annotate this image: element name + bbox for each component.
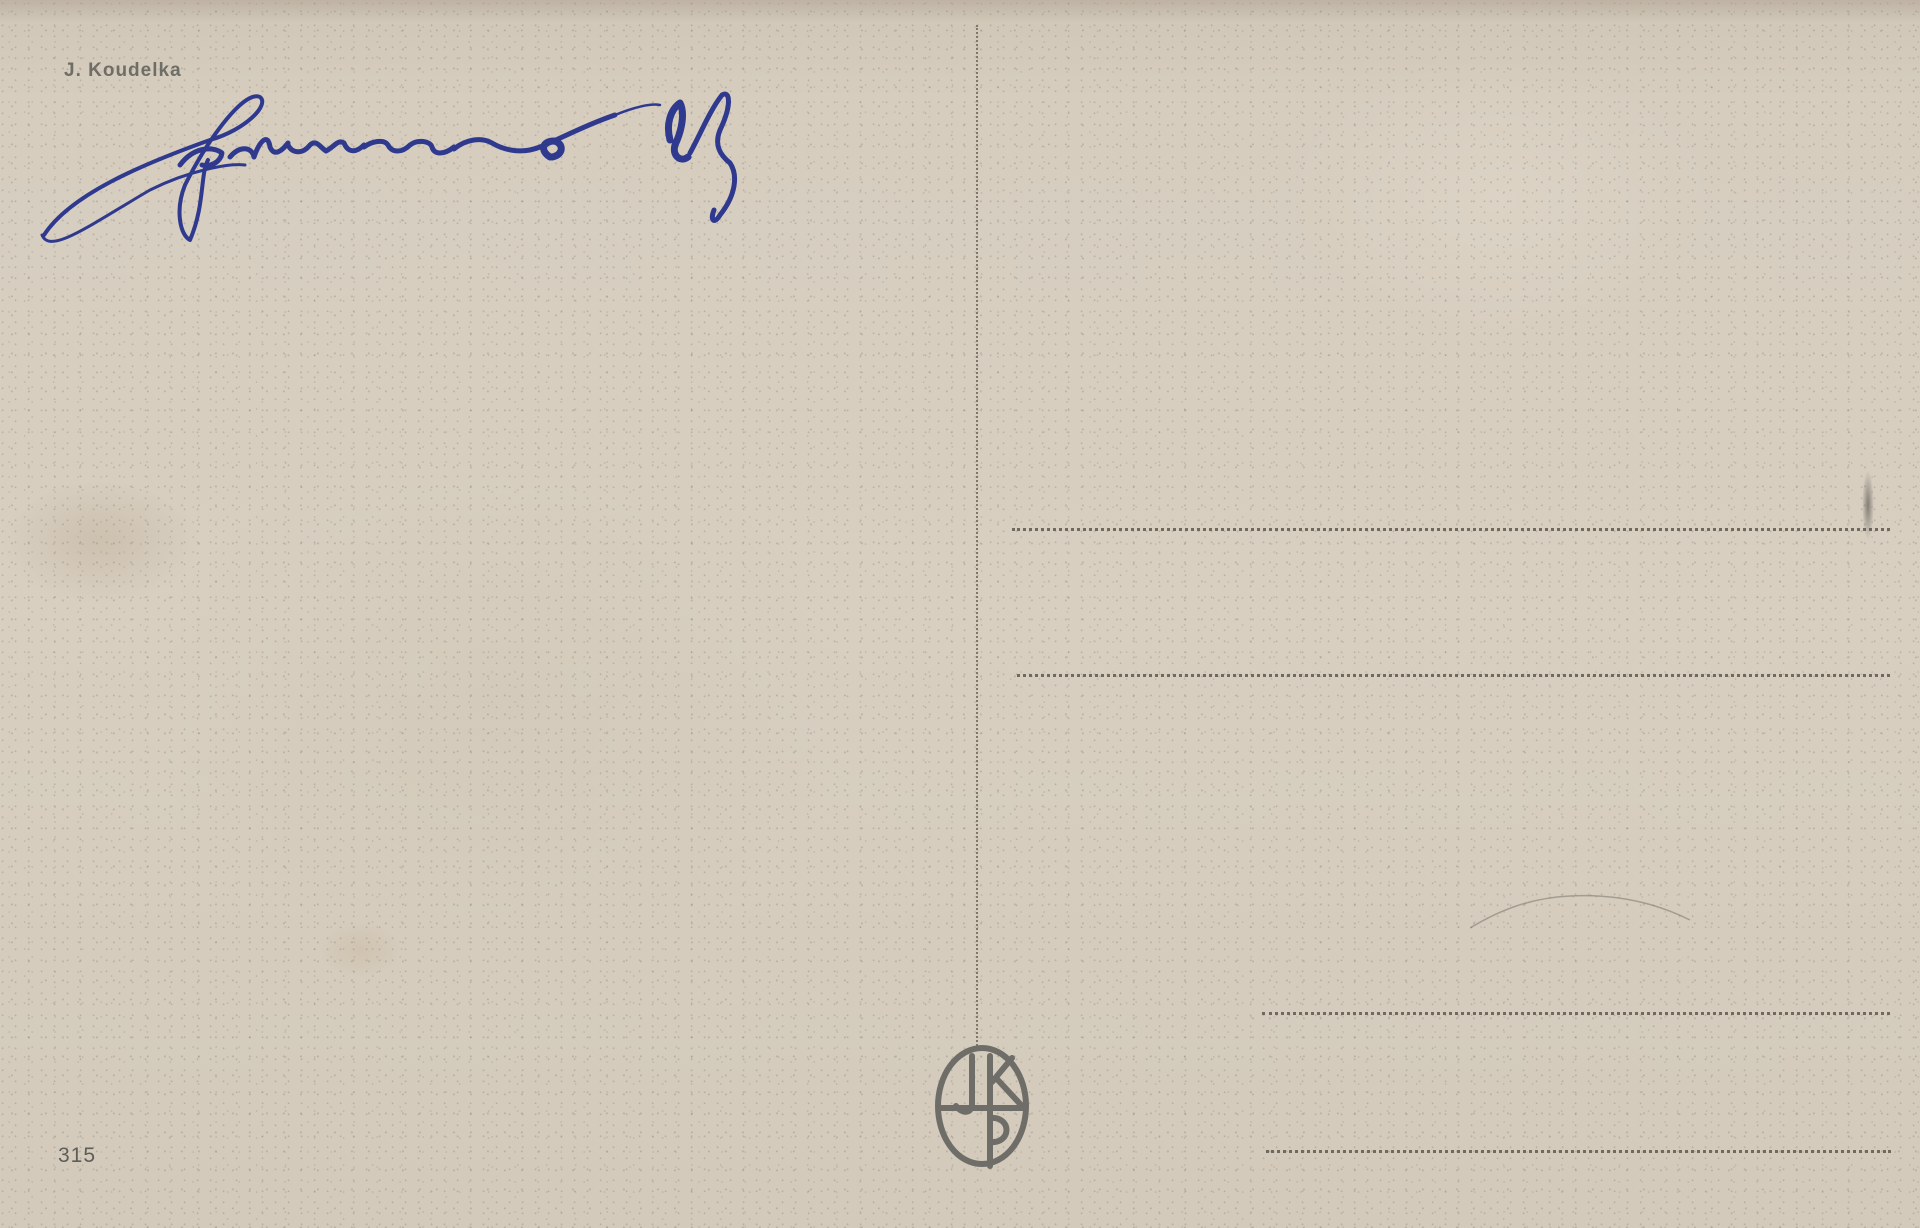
address-line-3 <box>1262 1012 1890 1015</box>
address-line-4 <box>1266 1150 1891 1153</box>
card-number: 315 <box>58 1144 96 1168</box>
paper-top-edge <box>0 0 1920 22</box>
signature-icon <box>30 85 850 265</box>
jkp-monogram-oval-icon <box>932 1042 1032 1170</box>
address-line-2 <box>1017 674 1890 677</box>
vertical-divider <box>976 25 978 1050</box>
paper-crease <box>1470 890 1700 930</box>
postcard-back: J. Koudelka <box>0 0 1920 1228</box>
publisher-imprint: J. Koudelka <box>64 60 182 82</box>
address-line-1 <box>1012 528 1890 531</box>
ink-stain <box>1862 470 1874 540</box>
